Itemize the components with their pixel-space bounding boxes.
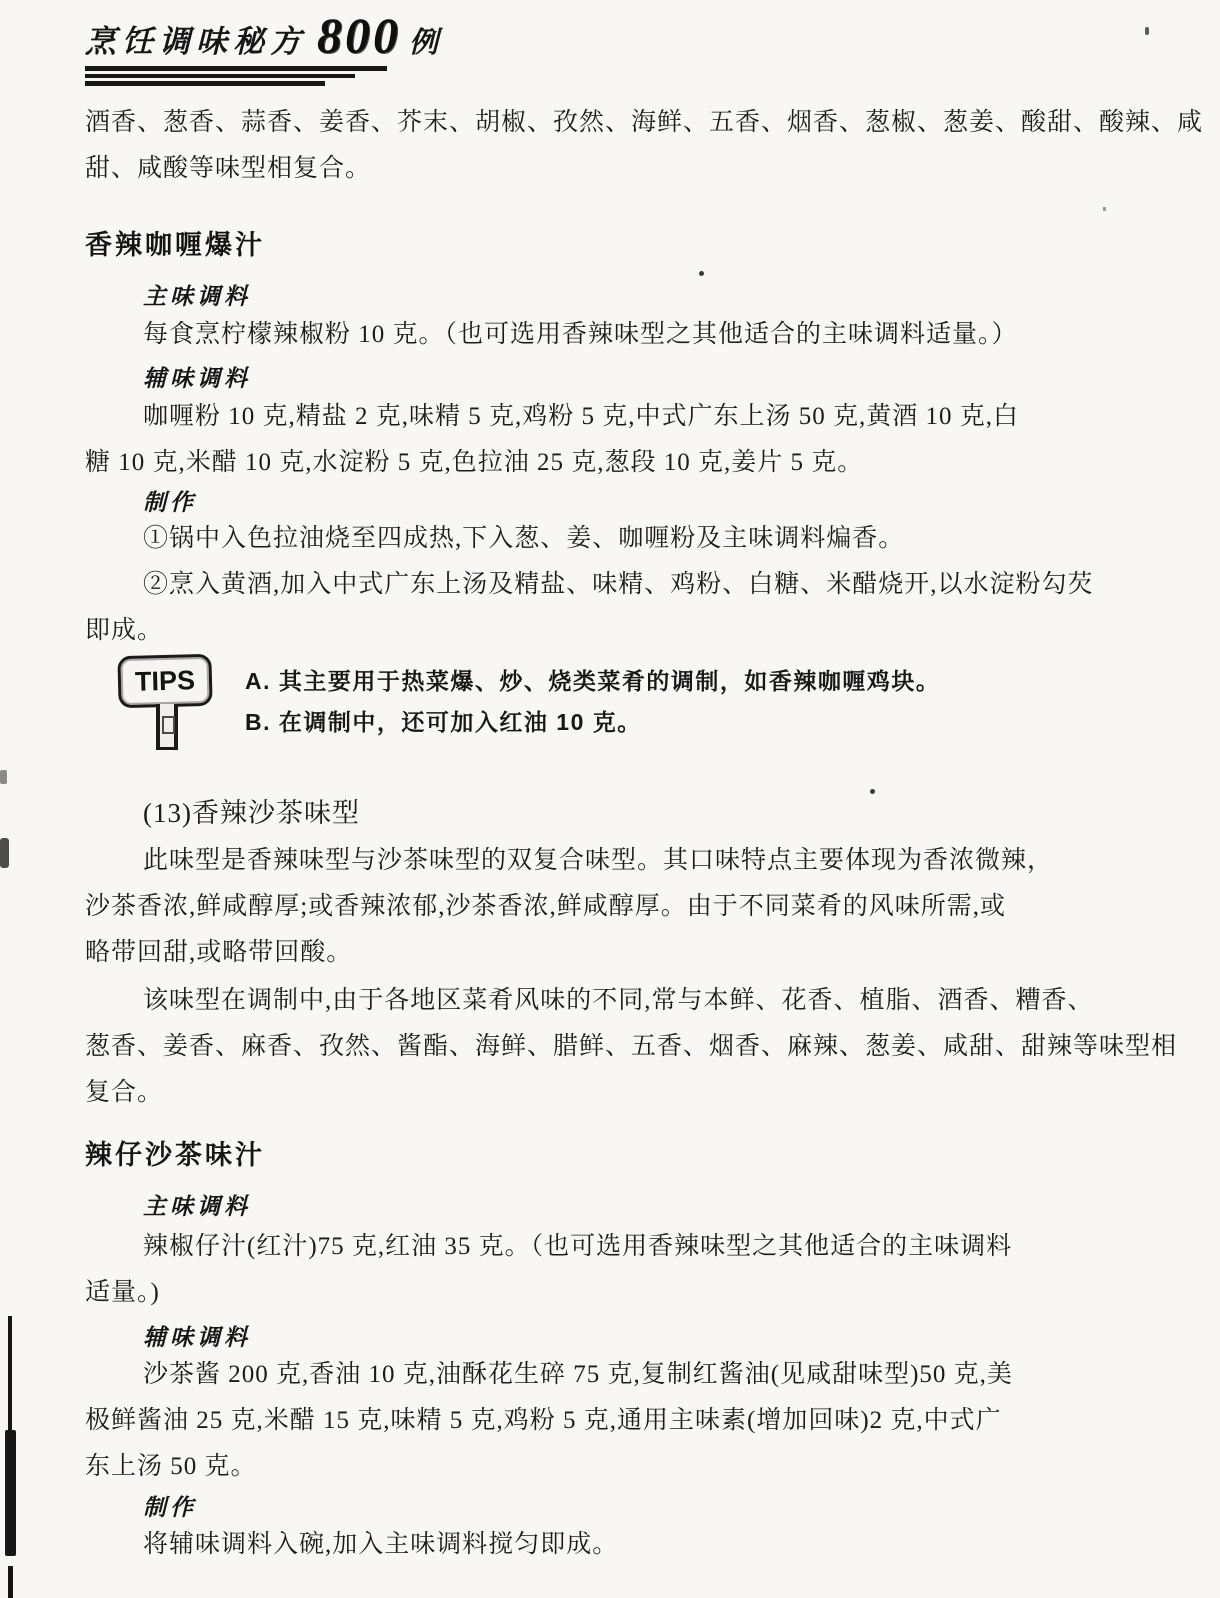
paragraph-line: 将辅味调料入碗,加入主味调料搅匀即成。	[85, 1522, 1183, 1568]
paragraph-line: 每食烹柠檬辣椒粉 10 克。（也可选用香辣味型之其他适合的主味调料适量。）	[85, 312, 1183, 358]
recipe1-aux-text: 咖喱粉 10 克,精盐 2 克,味精 5 克,鸡粉 5 克,中式广东上汤 50 …	[85, 394, 1183, 486]
intro-paragraph: 酒香、葱香、蒜香、姜香、芥末、胡椒、孜然、海鲜、五香、烟香、葱椒、葱姜、酸甜、酸…	[85, 100, 1183, 192]
paragraph-line: 辣椒仔汁(红汁)75 克,红油 35 克。（也可选用香辣味型之其他适合的主味调料	[85, 1224, 1183, 1270]
section13-heading-block: (13)香辣沙茶味型	[85, 795, 1183, 831]
recipe2-main-label-block: 主味调料	[85, 1192, 1183, 1222]
paragraph-line: 糖 10 克,米醋 10 克,水淀粉 5 克,色拉油 25 克,葱段 10 克,…	[85, 440, 1183, 486]
recipe1-aux-label-block: 辅味调料	[85, 364, 1183, 394]
scan-artifact	[8, 1566, 13, 1598]
paragraph-line: 此味型是香辣味型与沙茶味型的双复合味型。其口味特点主要体现为香浓微辣，	[85, 838, 1183, 884]
scan-artifact	[0, 838, 9, 868]
paragraph-line: 咖喱粉 10 克,精盐 2 克,味精 5 克,鸡粉 5 克,中式广东上汤 50 …	[85, 394, 1183, 440]
paragraph-line: ①锅中入色拉油烧至四成热,下入葱、姜、咖喱粉及主味调料煸香。	[85, 516, 1183, 562]
paragraph-line: 略带回甜,或略带回酸。	[85, 930, 1183, 976]
tips-sign-post-icon	[156, 704, 178, 750]
header-rule	[85, 66, 387, 89]
scanned-book-page: 烹饪调味秘方 800 例 酒香、葱香、蒜香、姜香、芥末、胡椒、孜然、海鲜、五香、…	[0, 0, 1220, 1598]
recipe1-main-label-block: 主味调料	[85, 282, 1183, 312]
section13-paragraph1: 此味型是香辣味型与沙茶味型的双复合味型。其口味特点主要体现为香浓微辣， 沙茶香浓…	[85, 838, 1183, 976]
paragraph-line: 葱香、姜香、麻香、孜然、酱酯、海鲜、腊鲜、五香、烟香、麻辣、葱姜、咸甜、甜辣等味…	[85, 1024, 1183, 1070]
recipe2-main-text: 辣椒仔汁(红汁)75 克,红油 35 克。（也可选用香辣味型之其他适合的主味调料…	[85, 1224, 1183, 1316]
recipe2-make-label-block: 制作	[85, 1493, 1183, 1523]
book-title-number: 800	[317, 6, 401, 64]
recipe2-aux-text: 沙茶酱 200 克,香油 10 克,油酥花生碎 75 克,复制红酱油(见咸甜味型…	[85, 1352, 1183, 1490]
recipe2-make-text: 将辅味调料入碗,加入主味调料搅匀即成。	[85, 1522, 1183, 1568]
recipe1-main-text: 每食烹柠檬辣椒粉 10 克。（也可选用香辣味型之其他适合的主味调料适量。）	[85, 312, 1183, 358]
paragraph-line: 即成。	[85, 608, 1183, 654]
scan-artifact	[0, 770, 7, 784]
scan-speck	[1145, 27, 1149, 35]
section-heading: (13)香辣沙茶味型	[85, 795, 1183, 831]
paragraph-line: 酒香、葱香、蒜香、姜香、芥末、胡椒、孜然、海鲜、五香、烟香、葱椒、葱姜、酸甜、酸…	[85, 100, 1183, 146]
paragraph-line: ②烹入黄酒,加入中式广东上汤及精盐、味精、鸡粉、白糖、米醋烧开,以水淀粉勾芡	[85, 562, 1183, 608]
tips-sign-icon: TIPS	[117, 654, 212, 708]
recipe-title: 香辣咖喱爆汁	[85, 228, 1183, 262]
section13-paragraph2: 该味型在调制中,由于各地区菜肴风味的不同,常与本鲜、花香、植脂、酒香、糟香、 葱…	[85, 978, 1183, 1116]
tips-icon-wrap: TIPS	[85, 655, 245, 750]
make-label: 制作	[85, 1493, 1183, 1523]
paragraph-line: 适量。)	[85, 1270, 1183, 1316]
ingredient-label: 辅味调料	[85, 1323, 1183, 1353]
tips-block: TIPS A. 其主要用于热菜爆、炒、烧类菜肴的调制，如香辣咖喱鸡块。 B. 在…	[85, 655, 1183, 750]
ingredient-label: 主味调料	[85, 1192, 1183, 1222]
recipe-title: 辣仔沙茶味汁	[85, 1138, 1183, 1172]
paragraph-line: 沙茶酱 200 克,香油 10 克,油酥花生碎 75 克,复制红酱油(见咸甜味型…	[85, 1352, 1183, 1398]
header-rule-line	[85, 66, 387, 71]
tips-item: A. 其主要用于热菜爆、炒、烧类菜肴的调制，如香辣咖喱鸡块。	[245, 661, 940, 702]
scan-speck	[1103, 207, 1106, 211]
paragraph-line: 东上汤 50 克。	[85, 1444, 1183, 1490]
paragraph-line: 沙茶香浓,鲜咸醇厚;或香辣浓郁,沙茶香浓,鲜咸醇厚。由于不同菜肴的风味所需,或	[85, 884, 1183, 930]
tips-items: A. 其主要用于热菜爆、炒、烧类菜肴的调制，如香辣咖喱鸡块。 B. 在调制中，还…	[245, 655, 940, 750]
header-rule-line	[85, 81, 325, 86]
recipe2-aux-label-block: 辅味调料	[85, 1323, 1183, 1353]
recipe1-make-label-block: 制作	[85, 488, 1183, 518]
recipe1-title-block: 香辣咖喱爆汁	[85, 228, 1183, 262]
ingredient-label: 主味调料	[85, 282, 1183, 312]
header-rule-line	[85, 74, 355, 78]
paragraph-line: 复合。	[85, 1070, 1183, 1116]
recipe2-title-block: 辣仔沙茶味汁	[85, 1138, 1183, 1172]
paragraph-line: 该味型在调制中,由于各地区菜肴风味的不同,常与本鲜、花香、植脂、酒香、糟香、	[85, 978, 1183, 1024]
paragraph-line: 极鲜酱油 25 克,米醋 15 克,味精 5 克,鸡粉 5 克,通用主味素(增加…	[85, 1398, 1183, 1444]
page-header: 烹饪调味秘方 800 例	[85, 6, 438, 64]
tips-item: B. 在调制中，还可加入红油 10 克。	[245, 702, 940, 743]
scan-artifact	[5, 1430, 16, 1556]
make-label: 制作	[85, 488, 1183, 518]
scan-artifact	[8, 1316, 12, 1434]
scan-speck	[870, 789, 875, 794]
recipe1-make-text: ①锅中入色拉油烧至四成热,下入葱、姜、咖喱粉及主味调料煸香。 ②烹入黄酒,加入中…	[85, 516, 1183, 654]
scan-speck	[699, 271, 704, 276]
ingredient-label: 辅味调料	[85, 364, 1183, 394]
paragraph-line: 甜、咸酸等味型相复合。	[85, 146, 1183, 192]
book-title-suffix: 例	[409, 20, 438, 61]
book-title: 烹饪调味秘方 800 例	[85, 6, 438, 64]
book-title-script: 烹饪调味秘方	[85, 16, 307, 61]
